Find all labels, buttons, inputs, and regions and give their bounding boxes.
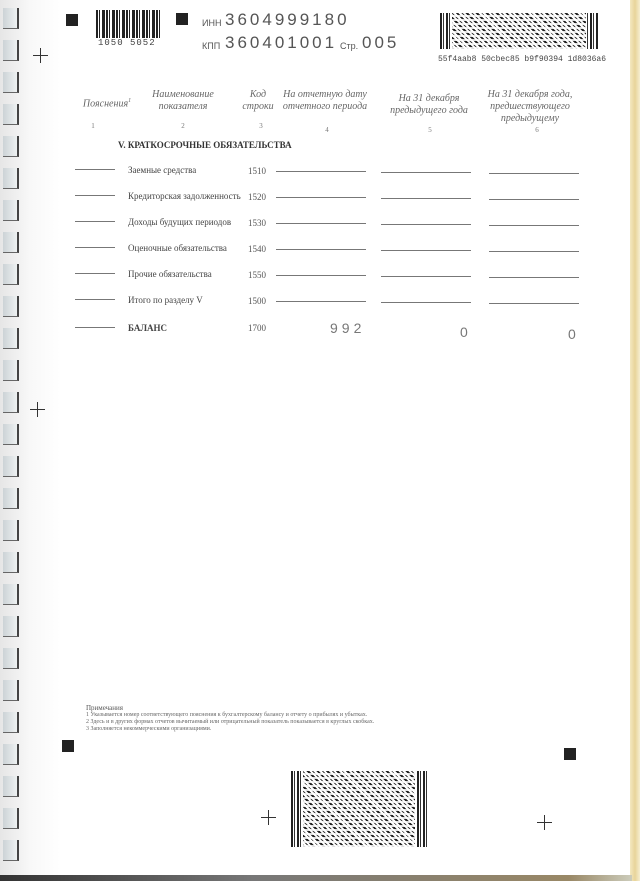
empty-value-dash bbox=[489, 199, 579, 200]
binding-ring bbox=[3, 72, 19, 93]
empty-value-dash bbox=[489, 303, 579, 304]
row-dash bbox=[75, 221, 115, 222]
empty-value-dash bbox=[381, 224, 471, 225]
column-header-notes: Пояснения1 bbox=[72, 95, 142, 110]
binding-ring bbox=[3, 328, 19, 349]
binding-ring bbox=[3, 552, 19, 573]
document-hash: 55f4aab8 50cbec85 b9f90394 1d8036a6 bbox=[438, 55, 606, 64]
binding-ring bbox=[3, 808, 19, 829]
row-code: 1520 bbox=[248, 192, 266, 202]
crosshair-mark bbox=[261, 810, 276, 825]
row-name: Прочие обязательства bbox=[128, 269, 212, 279]
empty-value-dash bbox=[489, 225, 579, 226]
crosshair-mark bbox=[537, 815, 552, 830]
row-code: 1550 bbox=[248, 270, 266, 280]
footnotes-title: Примечания bbox=[86, 705, 374, 712]
row-dash bbox=[75, 273, 115, 274]
column-header-code: Код строки bbox=[240, 89, 276, 113]
binding-ring bbox=[3, 840, 19, 861]
document-page: 1050 5052 ИНН 3604999180 КПП 360401001 С… bbox=[0, 0, 632, 875]
column-header-prev-year: На 31 декабря предыдущего года bbox=[384, 93, 474, 117]
column-header-indicator: Наименование показателя bbox=[148, 89, 218, 113]
barcode-number: 1050 5052 bbox=[98, 38, 156, 48]
empty-value-dash bbox=[276, 171, 366, 172]
row-code: 1540 bbox=[248, 244, 266, 254]
binding-ring bbox=[3, 424, 19, 445]
binding-ring bbox=[3, 616, 19, 637]
balance-prev-prev-year-value: 0 bbox=[568, 326, 580, 342]
balance-label: БАЛАНС bbox=[128, 323, 167, 333]
corner-marker bbox=[564, 748, 576, 760]
footnotes: Примечания 1 Указывается номер соответст… bbox=[86, 705, 374, 733]
row-code: 1530 bbox=[248, 218, 266, 228]
footnote: 1 Указывается номер соответствующего поя… bbox=[86, 712, 374, 719]
binding-ring bbox=[3, 104, 19, 125]
binding-ring bbox=[3, 40, 19, 61]
footnote: 2 Здесь и в других формах отчетов вычита… bbox=[86, 719, 374, 726]
binding-ring bbox=[3, 200, 19, 221]
row-dash bbox=[75, 169, 115, 170]
pdf417-barcode bbox=[440, 13, 598, 49]
balance-code: 1700 bbox=[248, 323, 266, 333]
binding-ring bbox=[3, 488, 19, 509]
empty-value-dash bbox=[276, 275, 366, 276]
crosshair-mark bbox=[30, 402, 45, 417]
inn-label: ИНН bbox=[202, 18, 221, 28]
page-number: 005 bbox=[362, 33, 399, 53]
row-name: Итого по разделу V bbox=[128, 295, 203, 305]
empty-value-dash bbox=[381, 276, 471, 277]
column-number: 6 bbox=[532, 126, 542, 134]
binding-ring bbox=[3, 136, 19, 157]
empty-value-dash bbox=[276, 301, 366, 302]
row-name: Заемные средства bbox=[128, 165, 196, 175]
column-number: 3 bbox=[256, 122, 266, 130]
empty-value-dash bbox=[381, 250, 471, 251]
pdf417-barcode bbox=[291, 771, 427, 847]
binding-ring bbox=[3, 680, 19, 701]
row-code: 1510 bbox=[248, 166, 266, 176]
empty-value-dash bbox=[489, 173, 579, 174]
kpp-label: КПП bbox=[202, 41, 220, 51]
row-name: Оценочные обязательства bbox=[128, 243, 227, 253]
section-title: V. КРАТКОСРОЧНЫЕ ОБЯЗАТЕЛЬСТВА bbox=[118, 140, 292, 150]
row-name: Кредиторская задолженность bbox=[128, 191, 241, 201]
empty-value-dash bbox=[276, 197, 366, 198]
binding-ring bbox=[3, 8, 19, 29]
inn-value: 3604999180 bbox=[225, 10, 350, 30]
paper-edge bbox=[0, 875, 632, 881]
empty-value-dash bbox=[381, 172, 471, 173]
column-number: 5 bbox=[425, 126, 435, 134]
binding-ring bbox=[3, 264, 19, 285]
binding-ring bbox=[3, 744, 19, 765]
kpp-value: 360401001 bbox=[225, 33, 337, 53]
balance-current-value: 992 bbox=[330, 320, 365, 336]
binding-ring bbox=[3, 776, 19, 797]
paper-edge bbox=[630, 0, 640, 881]
corner-marker bbox=[176, 13, 188, 25]
binding-ring bbox=[3, 392, 19, 413]
corner-marker bbox=[62, 740, 74, 752]
row-dash bbox=[75, 195, 115, 196]
spiral-binding bbox=[0, 0, 24, 870]
binding-ring bbox=[3, 712, 19, 733]
row-dash bbox=[75, 299, 115, 300]
column-header-prev-prev-year: На 31 декабря года, предшествующего пред… bbox=[480, 89, 580, 125]
empty-value-dash bbox=[381, 198, 471, 199]
page-label: Стр. bbox=[340, 41, 358, 51]
binding-ring bbox=[3, 232, 19, 253]
binding-ring bbox=[3, 520, 19, 541]
empty-value-dash bbox=[489, 251, 579, 252]
empty-value-dash bbox=[276, 223, 366, 224]
binding-ring bbox=[3, 296, 19, 317]
column-number: 2 bbox=[178, 122, 188, 130]
binding-ring bbox=[3, 648, 19, 669]
empty-value-dash bbox=[381, 302, 471, 303]
binding-ring bbox=[3, 456, 19, 477]
barcode bbox=[96, 10, 160, 38]
column-header-current: На отчетную дату отчетного периода bbox=[280, 89, 370, 113]
crosshair-mark bbox=[33, 48, 48, 63]
binding-ring bbox=[3, 168, 19, 189]
row-code: 1500 bbox=[248, 296, 266, 306]
corner-marker bbox=[66, 14, 78, 26]
balance-prev-year-value: 0 bbox=[460, 324, 472, 340]
binding-ring bbox=[3, 584, 19, 605]
row-dash bbox=[75, 327, 115, 328]
row-name: Доходы будущих периодов bbox=[128, 217, 231, 227]
empty-value-dash bbox=[276, 249, 366, 250]
empty-value-dash bbox=[489, 277, 579, 278]
column-number: 1 bbox=[88, 122, 98, 130]
row-dash bbox=[75, 247, 115, 248]
footnote: 3 Заполняется некоммерческими организаци… bbox=[86, 726, 374, 733]
column-number: 4 bbox=[322, 126, 332, 134]
binding-ring bbox=[3, 360, 19, 381]
